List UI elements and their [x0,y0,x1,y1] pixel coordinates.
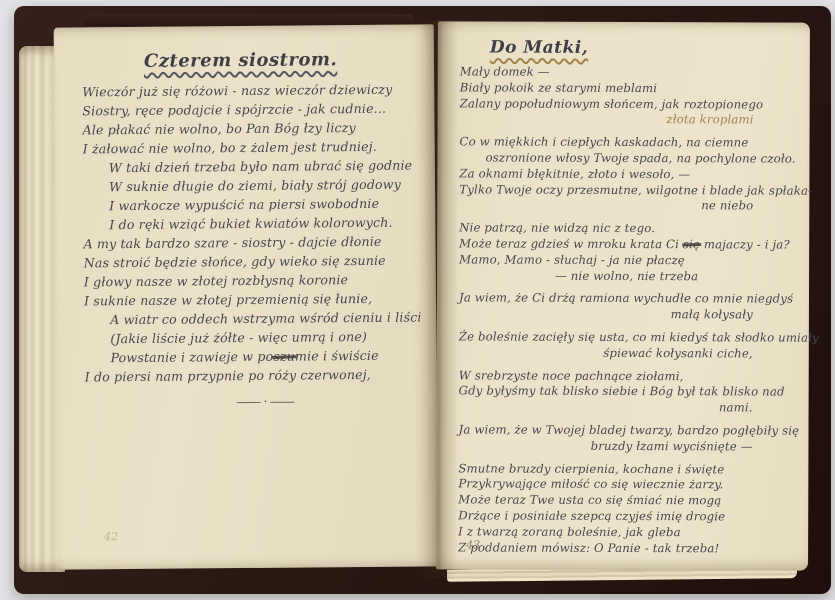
poem-line: Że boleśnie zacięły się usta, co mi kied… [459,329,799,346]
left-page-number: 42 [104,530,118,543]
left-page-title: Czterem siostrom. [144,49,337,72]
poem-line: Z poddaniem mówisz: O Panie - tak trzeba… [458,540,798,557]
right-page-number: 43 [466,538,480,551]
right-page-title: Do Matki, [490,38,588,58]
poem-line: Ja wiem, że Ci drżą ramiona wychudłe co … [459,291,799,308]
poem-line: — nie wolno, nie trzeba [459,268,799,285]
poem-line: ne niebo [459,198,799,215]
poem-line: Tylko Twoje oczy przesmutne, wilgotne i … [459,182,799,199]
poem-line: Mamo, Mamo - słuchaj - ja nie płaczę [459,252,799,269]
poem-line: Biały pokoik ze starymi meblami [460,80,800,97]
left-page: Czterem siostrom. Wieczór już się różowi… [54,24,439,569]
poem-line: I z twarzą zoraną boleśnie, jak gleba [458,524,798,541]
poem-line: małą kołysały [459,307,799,324]
poem-line: Powstanie i zawieje w poszumie i świście [84,345,422,367]
left-page-content: Czterem siostrom. Wieczór już się różowi… [54,24,437,411]
poem-line: Może teraz Twe usta co się śmiać nie mog… [458,493,798,510]
poem-line: bruzdy łzami wyciśnięte — [458,438,798,455]
poem-line: I do piersi nam przypnie po róży czerwon… [85,364,423,386]
poem-line: śpiewać kołysanki ciche, [459,345,799,362]
struck-word: się [683,237,700,251]
poem-line: W srebrzyste noce pachnące ziołami, [459,368,799,385]
poem-line: Gdy byłyśmy tak blisko siebie i Bóg był … [459,384,799,401]
poem-line: Nas stroić będzie słońce, gdy wieko się … [84,250,422,272]
struck-word: szu [273,349,295,364]
poem-line: Może teraz gdzieś w mroku krata Ci się m… [459,236,799,253]
poem-line: Co w miękkich i ciepłych kaskadach, na c… [460,135,800,152]
poem-line: A wiatr co oddech wstrzyma wśród cieniu … [84,307,422,329]
photo-of-notebook: { "photo": { "background_color": "#e2e3e… [0,0,835,600]
poem-line: Nie patrzą, nie widzą nic z tego. [459,221,799,238]
poem-line: złota kroplami [460,112,800,129]
poem-line: Siostry, ręce podajcie i spójrzcie - jak… [82,98,420,120]
left-page-lines: Wieczór już się różowi - nasz wieczór dz… [82,79,423,386]
end-flourish: —— · —— [155,394,375,411]
notebook-cover: Czterem siostrom. Wieczór już się różowi… [14,6,831,594]
right-page-lines: Mały domek —Biały pokoik ze starymi mebl… [458,64,800,556]
poem-line: nami. [459,400,799,417]
right-page-content: Do Matki, Mały domek —Biały pokoik ze st… [436,21,810,557]
poem-line: Smutne bruzdy cierpienia, kochane i świę… [458,461,798,478]
poem-line: oszronione włosy Twoje spada, na pochylo… [459,150,799,167]
poem-line: Przykrywające miłość co się wiecznie żar… [458,477,798,494]
poem-line: Za oknami błękitnie, złoto i wesoło, — [459,166,799,183]
right-page: Do Matki, Mały domek —Biały pokoik ze st… [436,21,810,570]
poem-line: Ja wiem, że w Twojej bladej twarzy, bard… [459,422,799,439]
poem-line: Mały domek — [460,64,800,81]
poem-line: Drżące i posiniałe szepcą czyjeś imię dr… [458,508,798,525]
poem-line: Zalany popołudniowym słońcem, jak roztop… [460,96,800,113]
